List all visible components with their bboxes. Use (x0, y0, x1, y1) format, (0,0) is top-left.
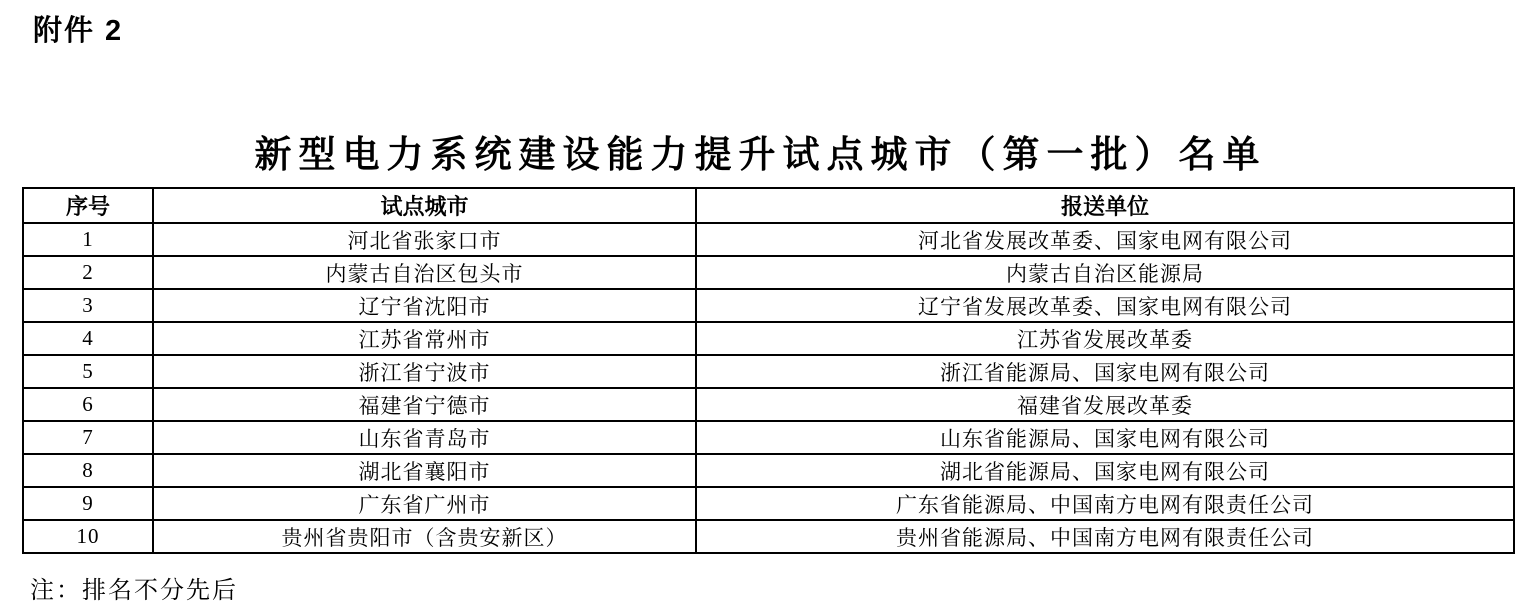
column-header-index: 序号 (23, 188, 153, 223)
column-header-city: 试点城市 (153, 188, 696, 223)
cell-index: 7 (23, 421, 153, 454)
cell-city: 福建省宁德市 (153, 388, 696, 421)
footnote: 注：排名不分先后 (30, 570, 238, 605)
table-row: 10贵州省贵阳市（含贵安新区）贵州省能源局、中国南方电网有限责任公司 (23, 520, 1514, 553)
cell-index: 6 (23, 388, 153, 421)
cell-unit: 贵州省能源局、中国南方电网有限责任公司 (696, 520, 1514, 553)
cell-unit: 山东省能源局、国家电网有限公司 (696, 421, 1514, 454)
cell-city: 湖北省襄阳市 (153, 454, 696, 487)
cell-unit: 内蒙古自治区能源局 (696, 256, 1514, 289)
cell-city: 浙江省宁波市 (153, 355, 696, 388)
column-header-unit: 报送单位 (696, 188, 1514, 223)
cell-unit: 广东省能源局、中国南方电网有限责任公司 (696, 487, 1514, 520)
cell-index: 5 (23, 355, 153, 388)
document-title: 新型电力系统建设能力提升试点城市（第一批）名单 (0, 124, 1521, 178)
table-header-row: 序号 试点城市 报送单位 (23, 188, 1514, 223)
table-row: 8湖北省襄阳市湖北省能源局、国家电网有限公司 (23, 454, 1514, 487)
cell-city: 山东省青岛市 (153, 421, 696, 454)
cell-city: 河北省张家口市 (153, 223, 696, 256)
cell-city: 江苏省常州市 (153, 322, 696, 355)
cell-unit: 河北省发展改革委、国家电网有限公司 (696, 223, 1514, 256)
table-row: 9广东省广州市广东省能源局、中国南方电网有限责任公司 (23, 487, 1514, 520)
cell-index: 10 (23, 520, 153, 553)
cell-index: 3 (23, 289, 153, 322)
table-row: 6福建省宁德市福建省发展改革委 (23, 388, 1514, 421)
document-page: 附件 2 新型电力系统建设能力提升试点城市（第一批）名单 序号 试点城市 报送单… (0, 0, 1521, 614)
cell-unit: 江苏省发展改革委 (696, 322, 1514, 355)
table-row: 5浙江省宁波市浙江省能源局、国家电网有限公司 (23, 355, 1514, 388)
cell-index: 8 (23, 454, 153, 487)
attachment-label: 附件 2 (33, 8, 123, 49)
table-row: 2内蒙古自治区包头市内蒙古自治区能源局 (23, 256, 1514, 289)
cell-index: 2 (23, 256, 153, 289)
table-row: 4江苏省常州市江苏省发展改革委 (23, 322, 1514, 355)
table-row: 3辽宁省沈阳市辽宁省发展改革委、国家电网有限公司 (23, 289, 1514, 322)
cell-unit: 辽宁省发展改革委、国家电网有限公司 (696, 289, 1514, 322)
cell-city: 内蒙古自治区包头市 (153, 256, 696, 289)
table-row: 1河北省张家口市河北省发展改革委、国家电网有限公司 (23, 223, 1514, 256)
cell-unit: 浙江省能源局、国家电网有限公司 (696, 355, 1514, 388)
cell-index: 4 (23, 322, 153, 355)
cell-city: 辽宁省沈阳市 (153, 289, 696, 322)
table-row: 7山东省青岛市山东省能源局、国家电网有限公司 (23, 421, 1514, 454)
cell-index: 9 (23, 487, 153, 520)
cell-city: 贵州省贵阳市（含贵安新区） (153, 520, 696, 553)
cell-unit: 福建省发展改革委 (696, 388, 1514, 421)
cell-city: 广东省广州市 (153, 487, 696, 520)
cell-index: 1 (23, 223, 153, 256)
pilot-cities-table: 序号 试点城市 报送单位 1河北省张家口市河北省发展改革委、国家电网有限公司2内… (22, 187, 1515, 554)
table-body: 1河北省张家口市河北省发展改革委、国家电网有限公司2内蒙古自治区包头市内蒙古自治… (23, 223, 1514, 553)
cell-unit: 湖北省能源局、国家电网有限公司 (696, 454, 1514, 487)
